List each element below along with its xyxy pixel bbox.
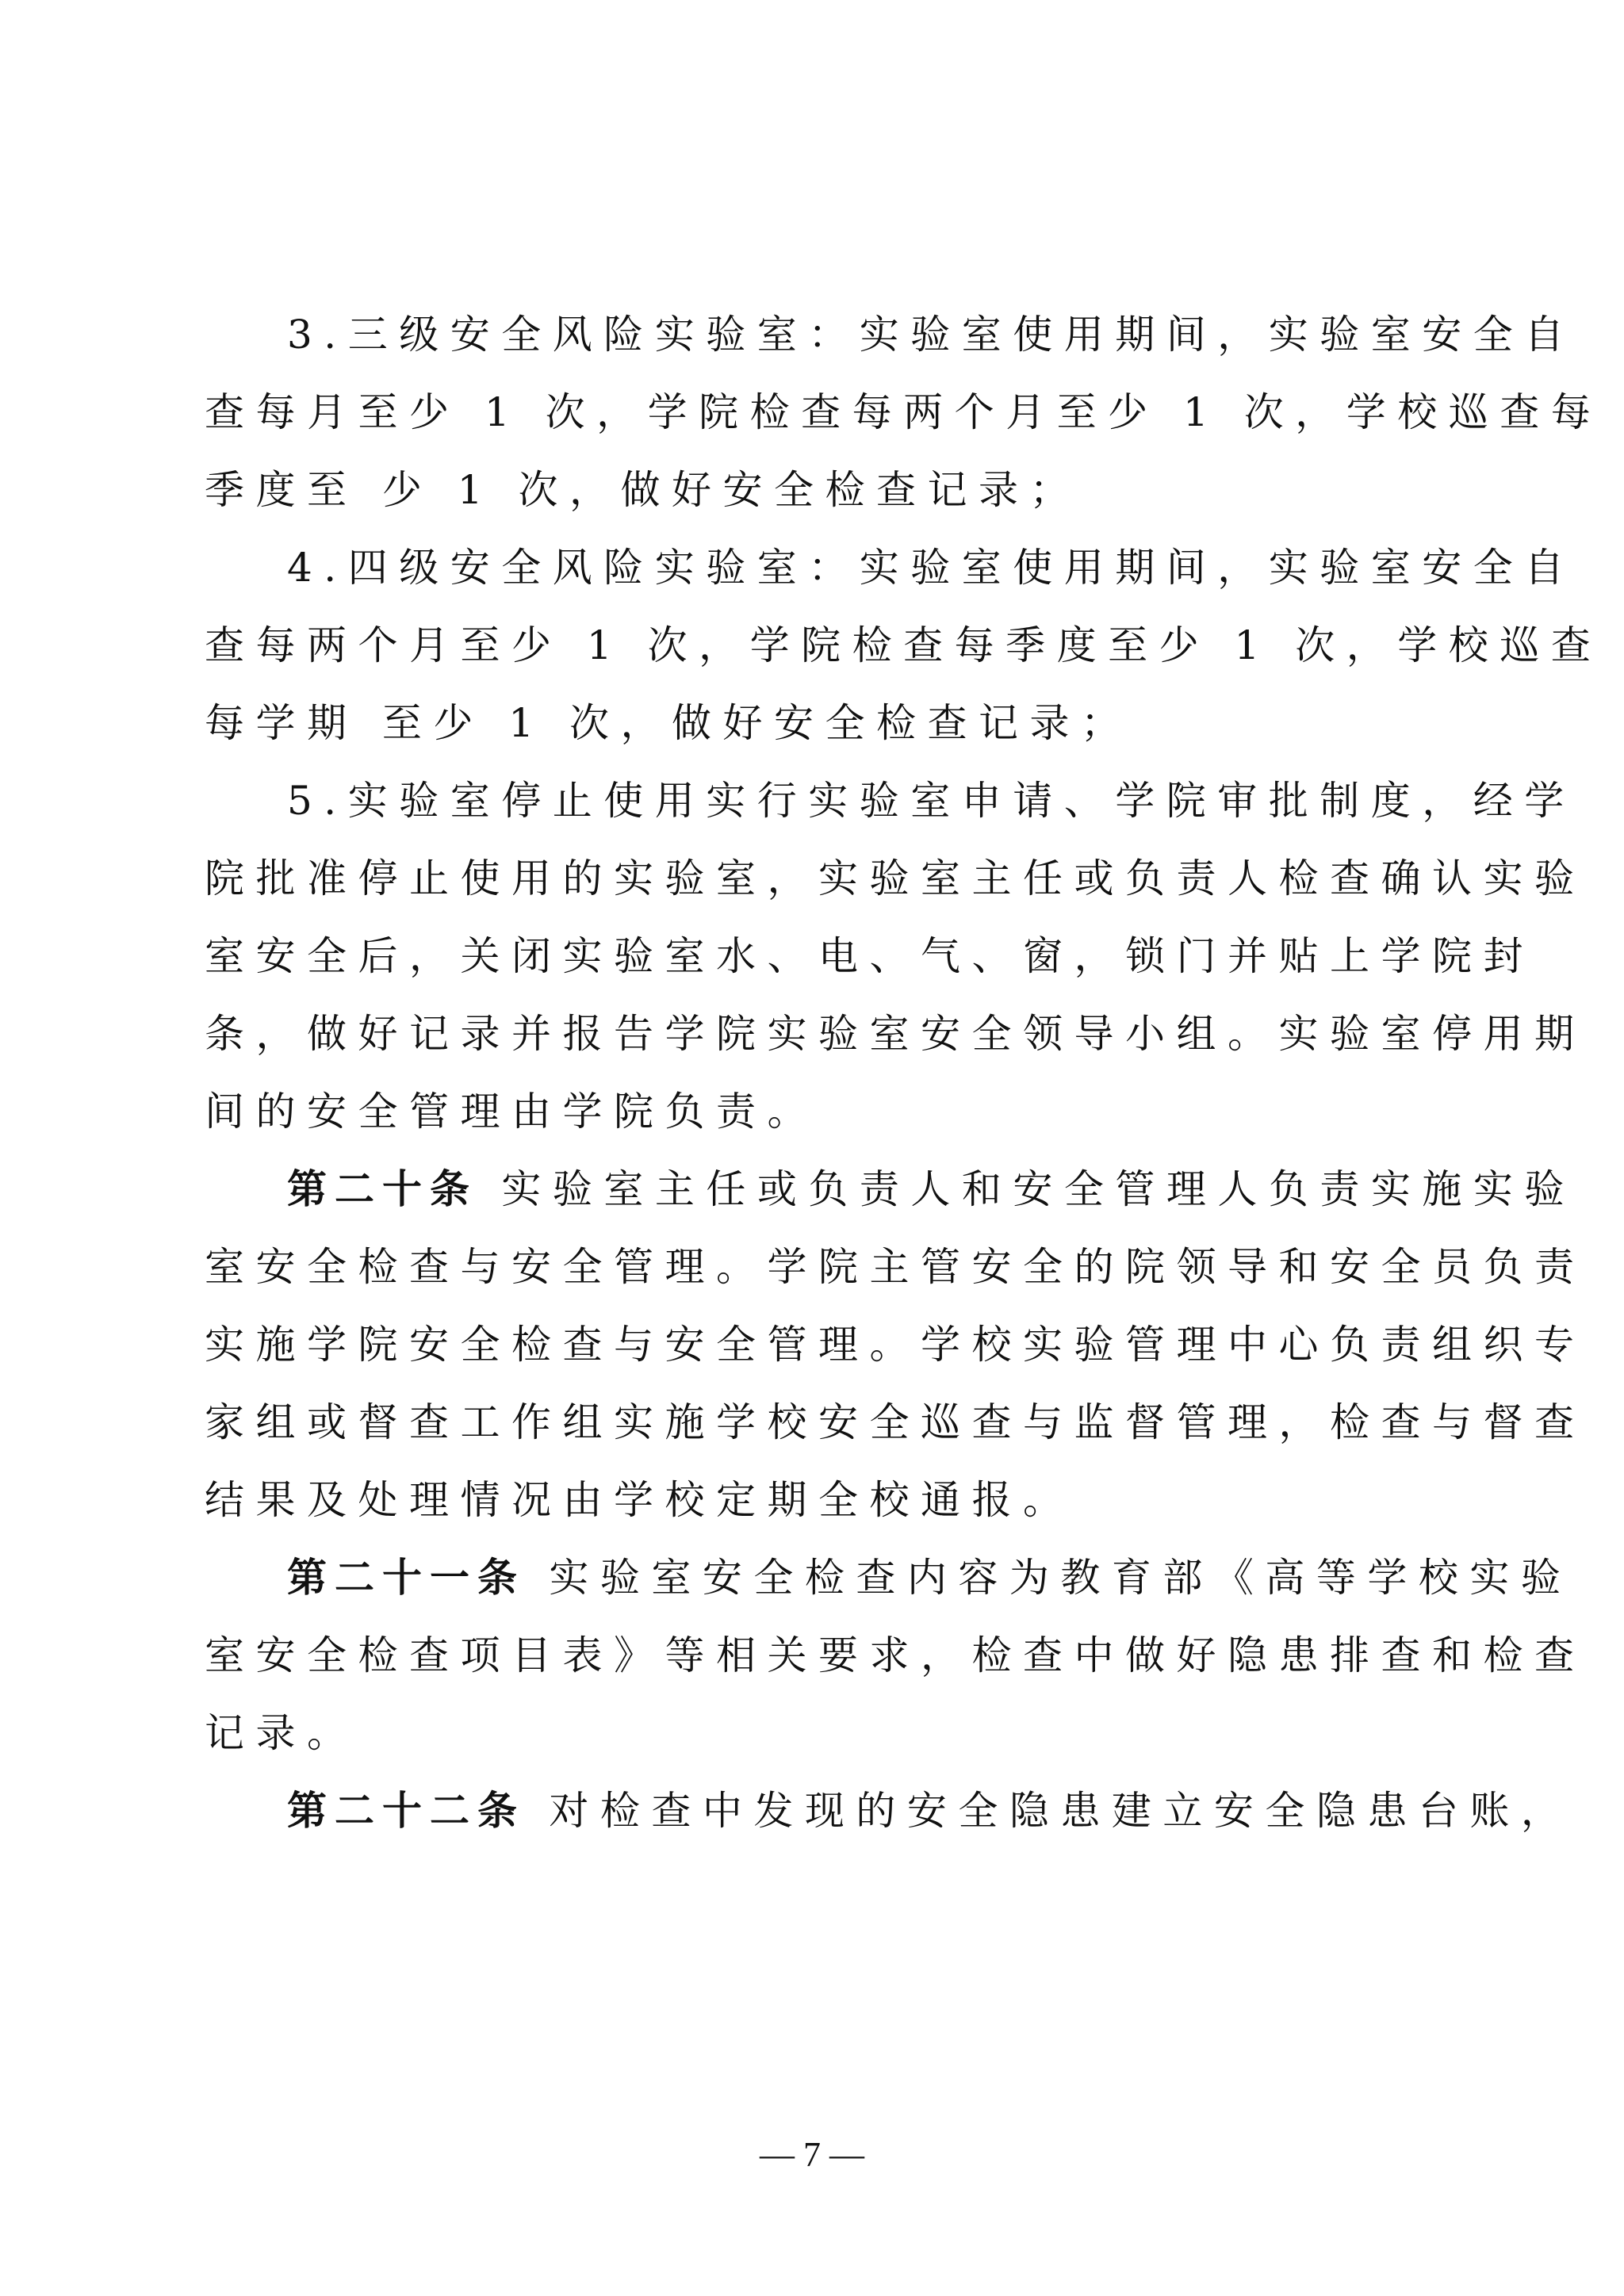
paragraph-line: 实施学院安全检查与安全管理。学校实验管理中心负责组织专 (205, 1321, 1586, 1368)
paragraph-line: 结果及处理情况由学校定期全校通报。 (205, 1476, 1074, 1524)
paragraph-line: 5.实验室停止使用实行实验室申请、学院审批制度，经学 (287, 777, 1576, 825)
paragraph-line: 每学期 至少 1 次，做好安全检查记录； (205, 699, 1132, 747)
article-22-first-line: 第二十二条 对检查中发现的安全隐患建立安全隐患台账， (287, 1787, 1572, 1835)
article-heading: 第二十条 (287, 1166, 477, 1212)
paragraph-line: 室安全后，关闭实验室水、电、气、窗，锁门并贴上学院封 (205, 932, 1534, 980)
paragraph-line: 查每两个月至少 1 次，学院检查每季度至少 1 次，学校巡查 (205, 622, 1602, 669)
article-text: 实验室主任或负责人和安全管理人负责实施实验 (477, 1166, 1576, 1212)
article-heading: 第二十一条 (287, 1555, 525, 1601)
paragraph-line: 记录。 (205, 1709, 358, 1757)
paragraph-line: 家组或督查工作组实施学校安全巡查与监督管理，检查与督查 (205, 1399, 1586, 1446)
paragraph-line: 院批准停止使用的实验室，实验室主任或负责人检查确认实验 (205, 855, 1586, 902)
article-text: 对检查中发现的安全隐患建立安全隐患台账， (525, 1788, 1572, 1834)
paragraph-line: 室安全检查项目表》等相关要求，检查中做好隐患排查和检查 (205, 1632, 1586, 1679)
article-text: 实验室安全检查内容为教育部《高等学校实验 (525, 1555, 1572, 1601)
paragraph-line: 4.四级安全风险实验室：实验室使用期间，实验室安全自 (287, 544, 1576, 591)
paragraph-line: 室安全检查与安全管理。学院主管安全的院领导和安全员负责 (205, 1243, 1586, 1291)
article-20-first-line: 第二十条 实验室主任或负责人和安全管理人负责实施实验 (287, 1165, 1576, 1213)
paragraph-line: 季度至 少 1 次，做好安全检查记录； (205, 466, 1081, 514)
document-page: 3.三级安全风险实验室：实验室使用期间，实验室安全自 查每月至少 1 次，学院检… (0, 0, 1624, 2296)
article-21-first-line: 第二十一条 实验室安全检查内容为教育部《高等学校实验 (287, 1554, 1572, 1601)
paragraph-line: 条，做好记录并报告学院实验室安全领导小组。实验室停用期 (205, 1010, 1586, 1058)
article-heading: 第二十二条 (287, 1788, 525, 1834)
paragraph-line: 间的安全管理由学院负责。 (205, 1088, 818, 1135)
page-number: — 7 — (0, 2134, 1624, 2175)
paragraph-line: 3.三级安全风险实验室：实验室使用期间，实验室安全自 (287, 311, 1576, 358)
paragraph-line: 查每月至少 1 次，学院检查每两个月至少 1 次，学校巡查每 (205, 388, 1602, 436)
